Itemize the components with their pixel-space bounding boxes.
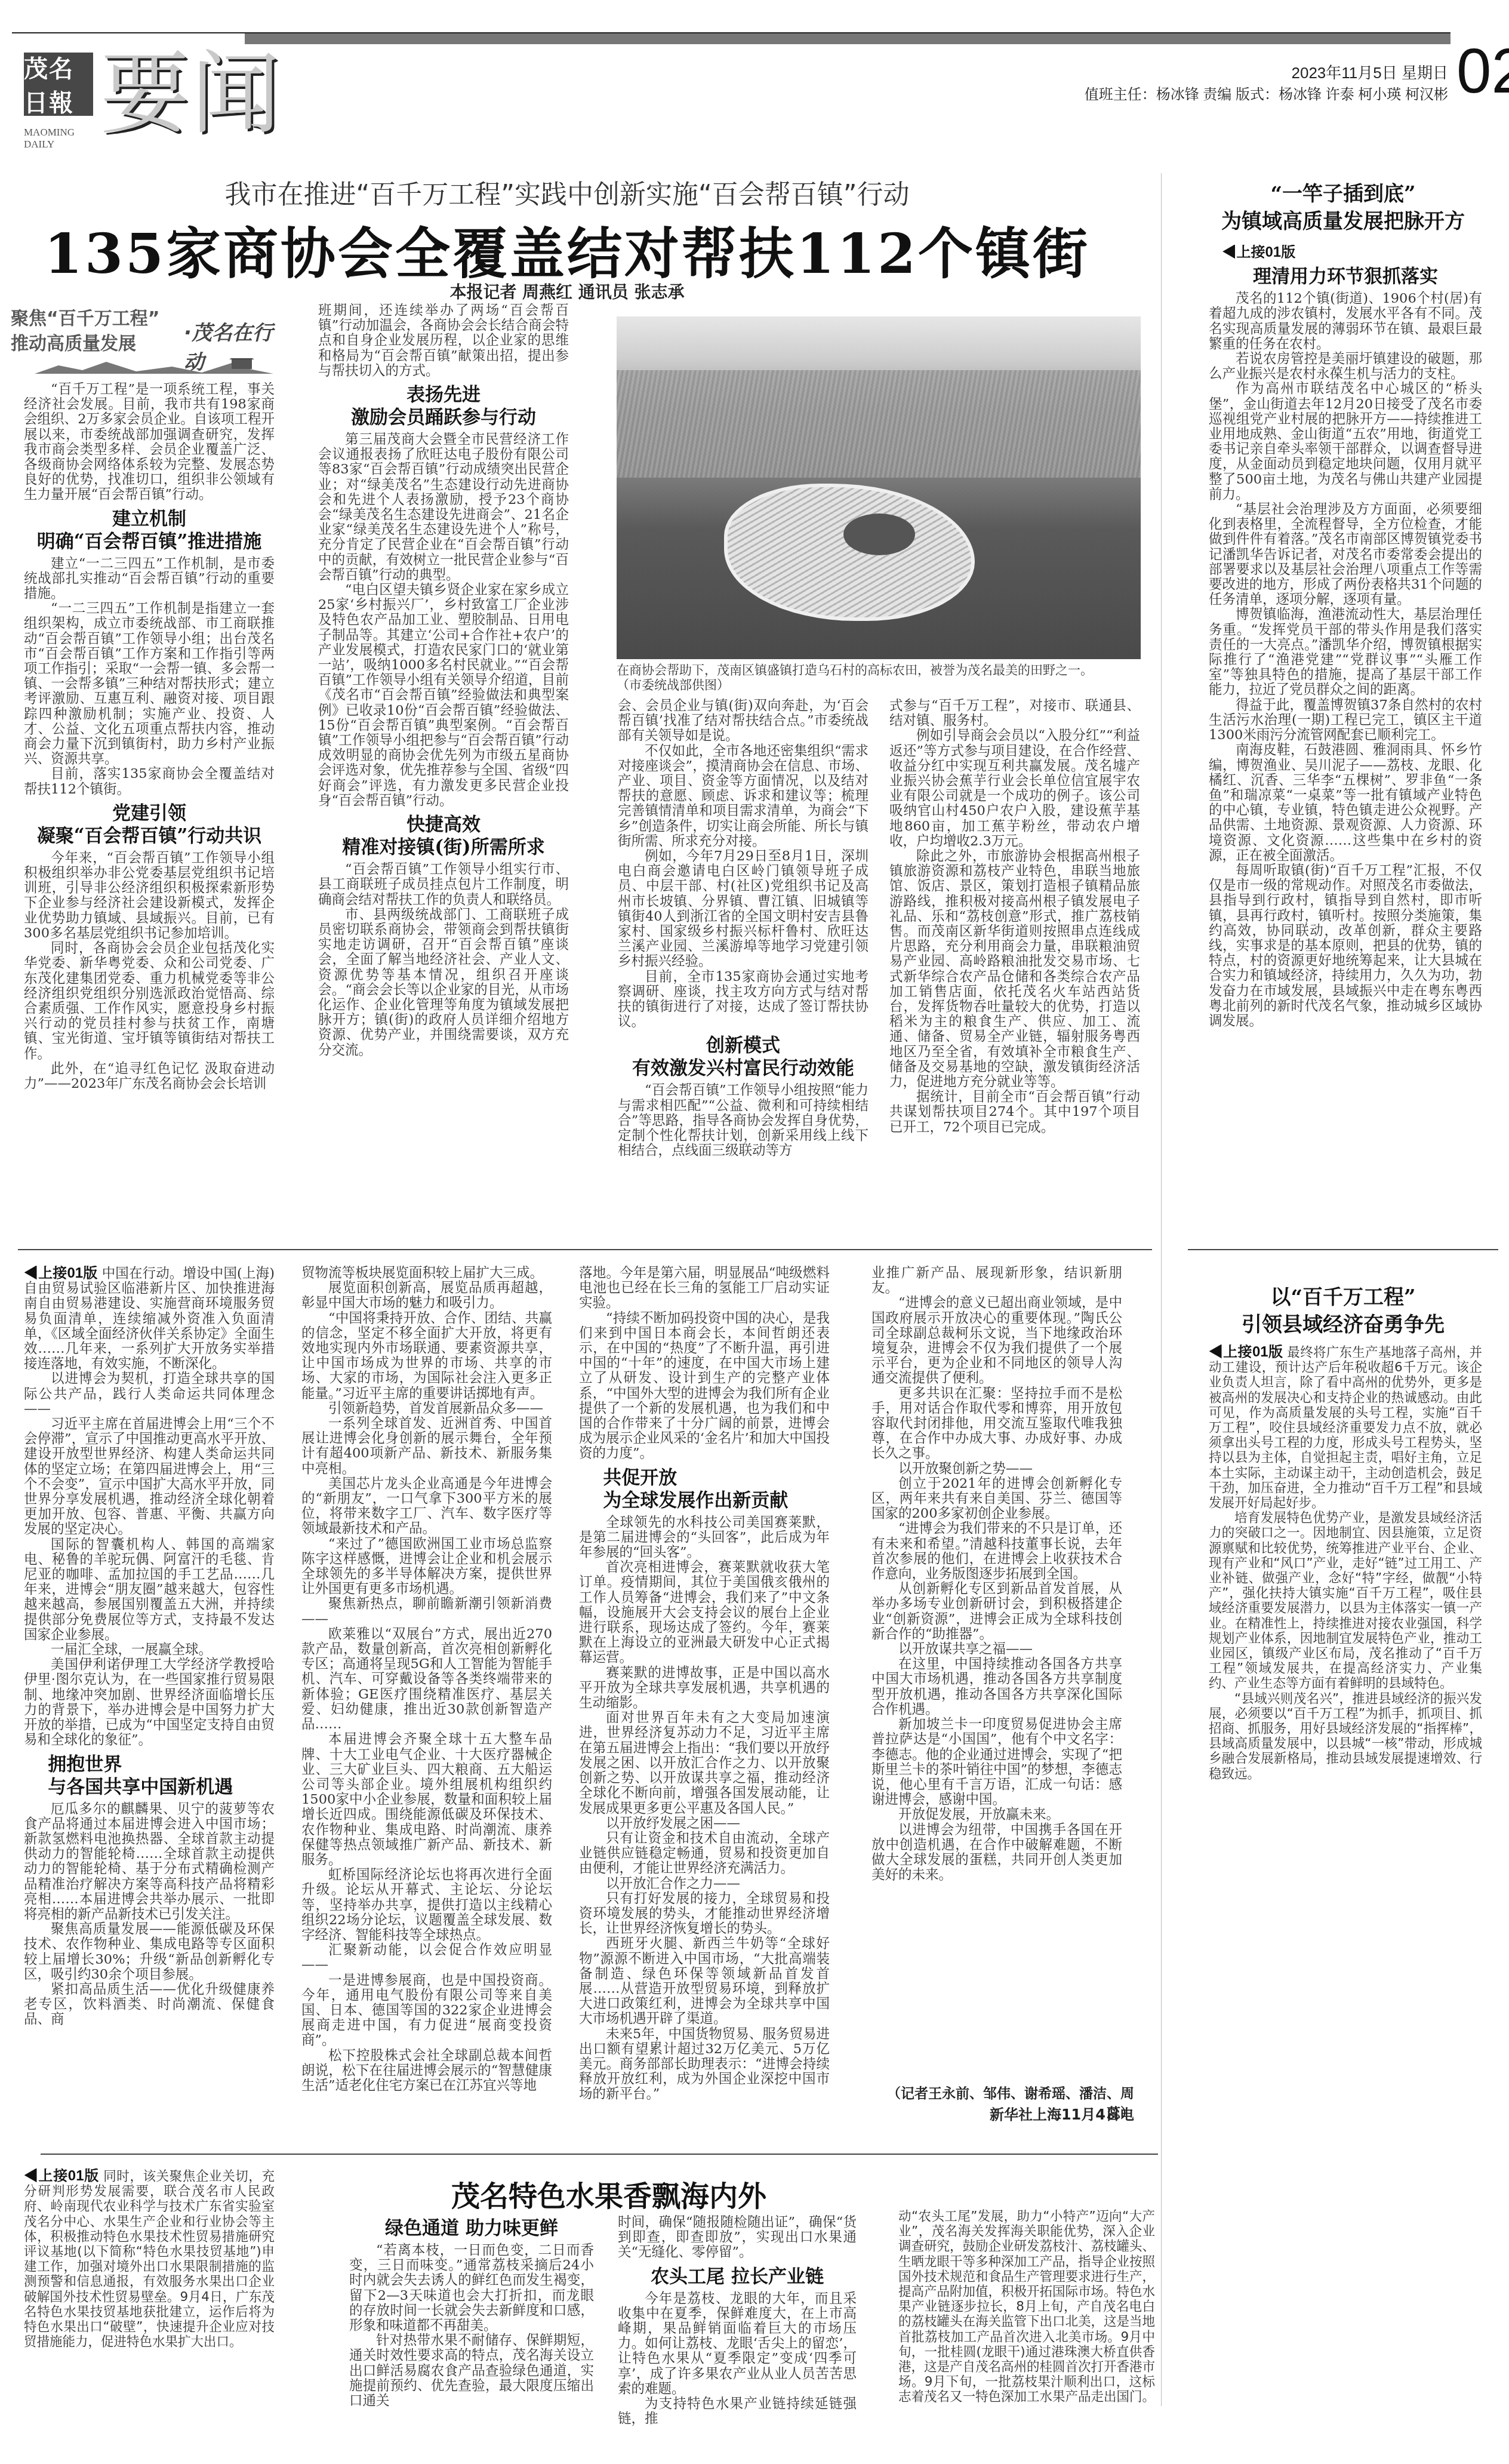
section-divider [41,2154,1158,2155]
paragraph: 业推广新产品、展现新形象，结识新朋友。 [871,1266,1122,1296]
paragraph: 式参与“百千万工程”，对接市、联通县、结对镇、服务村。 [889,699,1140,728]
xinhua-column-1: ◀上接01版 中国在行动。增设中国(上海)自由贸易试验区临港新片区、加快推进海南… [24,1266,275,2102]
title-line: 引领县域经济奋勇争先 [1188,1311,1498,1339]
photo-farm-field [724,484,975,621]
paragraph: 茂名的112个镇(街道)、1906个村(居)有着超九成的涉农镇村，发展水平各有不… [1209,291,1482,352]
masthead-bar [245,33,1451,44]
paragraph: 聚焦高质量发展——能源低碳及环保技术、农作物种业、集成电路等专区面积较上届增长3… [24,1922,275,1982]
paragraph: “县域兴则茂名兴”，推进县域经济的振兴发展，必须要以“百千万工程”为抓手，抓项目… [1209,1691,1482,1782]
paragraph: 松下控股株式会社全球副总裁本间哲朗说，松下在往届进博会展示的“智慧健康生活”适老… [301,2048,552,2094]
xinhua-column-2: 贸物流等板块展览面积较上届扩大三成。 展览面积创新高，展览品质再超越，彰显中国大… [301,1266,552,2102]
paragraph: “百会帮百镇”工作领导小组按照“能力与需求相匹配”“公益、微利和可持续相结合”等… [618,1083,869,1158]
paragraph: 一系列全球首发、近洲首秀、中国首展让进博会化身创新的展示舞台，全年预计有超400… [301,1416,552,1476]
paragraph: 第三届茂商大会暨全市民营经济工作会议通报表扬了欣旺达电子股份有限公司等83家“百… [318,432,569,583]
paragraph: 国际的智囊机构人、韩国的高端家电、秘鲁的羊驼玩偶、阿富汗的毛毯、肯尼亚的咖啡、孟… [24,1537,275,1642]
paragraph: 目前，全市135家商协会通过实地考察调研、座谈，找主攻方向方式与结对帮扶的镇街进… [618,970,869,1030]
paragraph: 时间，确保“随报随检随出证”，确保“货到即查，即查即放”，实现出口水果通关“无缝… [618,2215,857,2260]
paragraph: 不仅如此，全市各地还密集组织“需求对接座谈会”，摸清商协会在信息、市场、产业、项… [618,744,869,849]
paragraph: 展览面积创新高，展览品质再超越，彰显中国大市场的魅力和吸引力。 [301,1281,552,1311]
paragraph: 美国芯片龙头企业高通是今年进博会的“新朋友”，一口气拿下300平方米的展位，将带… [301,1476,552,1537]
paragraph: “进博会为我们带来的不只是订单，还有未来和希望。”清越科技董事长说，去年首次参展… [871,1521,1122,1582]
paragraph: 习近平主席在首届进博会上用“三个不会停滞”，宣示了中国推动更高水平开放、建设开放… [24,1417,275,1537]
lead-column-4: 式参与“百千万工程”，对接市、联通县、结对镇、服务村。 例如引导商会会员以“入股… [889,699,1140,1236]
promo-line-1: 聚焦“百千万工程” [11,303,159,330]
lead-column-2: 班期间，还连续举办了两场“百会帮百镇”行动加温会，各商协会会长结合商会特点和自身… [318,303,569,1236]
subhead: 拥抱世界与各国共享中国新机遇 [24,1753,275,1798]
paragraph: 南海皮鞋，石鼓港圆、雅洞雨具、怀乡竹编，博贺渔业、吴川泥子——荔枝、龙眼、化橘红… [1209,743,1482,863]
jump-marker: ◀上接01版 [1222,245,1296,260]
subhead: 理清用力环节狠抓落实 [1209,265,1482,288]
subhead-line: 精准对接镇(街)所需所求 [318,836,569,859]
aerial-farmland-photo [617,316,1141,659]
paragraph: 以开放汇合作之力—— [579,1877,830,1891]
paragraph: 紧扣高品质生活——优化升级健康养老专区，饮料酒类、时尚潮流、保健食品、商 [24,1982,275,2028]
paragraph: 得益于此，覆盖博贺镇37条自然村的农村生活污水治理(一期)工程已完工，镇区主干道… [1209,698,1482,743]
dateline: 新华社上海11月4日电 [871,2103,1134,2124]
title-line: 为镇域高质量发展把脉开方 [1188,208,1498,235]
paragraph: “电白区望夫镇乡贤企业家在家乡成立25家‘乡村振兴厂’，乡村致富工厂企业涉及特色… [318,583,569,808]
paragraph: 班期间，还连续举办了两场“百会帮百镇”行动加温会，各商协会会长结合商会特点和自身… [318,303,569,379]
paragraph: 作为高州市联结茂名中心城区的“桥头堡”，金山街道去年12月20日接受了茂名市委巡… [1209,382,1482,502]
paragraph: 每周听取镇(街)“百千万工程”汇报，不仅仅是市一级的常规动作。对照茂名市委做法，… [1209,863,1482,1029]
xinhua-column-4: 业推广新产品、展现新形象，结识新朋友。 “进博会的意义已超出商业领域，是中国政府… [871,1266,1122,2036]
lead-kicker: 我市在推进“百千万工程”实践中创新实施“百会帮百镇”行动 [0,173,1134,211]
paragraph: 建立“一二三四五”工作机制，是市委统战部扎实推动“百会帮百镇”行动的重要措施。 [24,556,275,602]
newspaper-logo-english: MAOMING DAILY [24,127,96,150]
section-divider [18,1249,1152,1250]
paragraph: ◀上接01版 中国在行动。增设中国(上海)自由贸易试验区临港新片区、加快推进海南… [24,1266,275,1371]
promo-line-2: 推动高质量发展 [11,328,136,355]
paragraph: 开放促发展，开放赢未来。 [871,1807,1122,1822]
paragraph: 以开放聚创新之势—— [871,1462,1122,1476]
paragraph: 除此之外，市旅游协会根据高州根子镇旅游资源和荔枝产业特色，串联当地旅馆、饭店、景… [889,849,1140,1090]
paragraph: 以进博会为契机，打造全球共享的国际公共产品，践行人类命运共同体理念—— [24,1371,275,1417]
photo-caption: 在商协会帮助下，茂南区镇盛镇打造乌石村的高标农田，被誉为茂名最美的田野之一。 （… [617,663,1141,693]
paragraph: “若离本枝，一日而色变，二日而香变，三日而味变。”通常荔枝采摘后24小时内就会失… [349,2243,594,2333]
xinhua-column-3: 落地。今年是第六届，明显展品“吨级燃料电池也已经在长三角的氢能工厂启动实证实验。… [579,1266,830,2102]
paragraph: 汇聚新动能，以会促合作效应明显—— [301,1943,552,1973]
lead-column-3: 会、会员企业与镇(街)双向奔赴，为‘百会帮百镇’找准了结对帮扶结合点。”市委统战… [618,699,869,1236]
jump-marker: ◀上接01版 [24,1266,97,1281]
landscape-hills-icon [35,358,273,375]
newspaper-logo: 茂名日報 [24,53,93,116]
paragraph: 一届汇全球，一展赢全球。 [24,1642,275,1657]
paragraph: 欧莱雅以“双展台”方式，展出近270款产品，数量创新高，首次亮相创新孵化专区；高… [301,1627,552,1732]
photo-village-area [617,370,1141,478]
paragraph: 例如引导商会会员以“入股分红”“利益返还”等方式参与项目建设，在合作经营、收益分… [889,728,1140,849]
paragraph: “基层社会治理涉及方方面面，必须要细化到表格里，全流程督导，全方位检查，才能做到… [1209,502,1482,607]
issue-date: 2023年11月5日 星期日 [1291,61,1448,83]
paragraph: 此外，在“追寻红色记忆 汲取奋进动力”——2023年广东茂名商协会会长培训 [24,1062,275,1091]
paragraph: 今年是荔枝、龙眼的大年，而且采收集中在夏季，保鲜难度大，在上市高峰期，果品鲜销面… [618,2291,857,2397]
paragraph: 面对世界百年未有之大变局加速演进，世界经济复苏动力不足，习近平主席在第五届进博会… [579,1711,830,1816]
paragraph: 首次亮相进博会，赛莱默就收获大笔订单。疫情期间，其位于美国俄亥俄州的工作人员筹备… [579,1560,830,1665]
paragraph: “持续不断加码投资中国的决心，是我们来到中国日本商会长，本间哲朗还表示，在中国的… [579,1311,830,1462]
jump-marker: ◀上接01版 [1209,1345,1283,1360]
lead-byline: 本报记者 周燕红 通讯员 张志承 [0,279,1134,303]
subhead: 农头工尾 拉长产业链 [618,2265,857,2288]
fruit-column-2: 绿色通道 助力味更鲜 “若离本枝，一日而色变，二日而香变，三日而味变。”通常荔枝… [349,2212,594,2463]
page-number: 02 [1456,36,1509,107]
photo-pond [843,513,915,555]
lead-column-1: “百千万工程”是一项系统工程，事关经济社会发展。目前，我市共有198家商会组织、… [24,382,275,1236]
paragraph: 只有让资金和技术自由流动，全球产业链供应链稳定畅通，贸易和投资更加自由便利，才能… [579,1831,830,1877]
fruit-headline: 茂名特色水果香飘海内外 [346,2173,871,2214]
paragraph: “百千万工程”是一项系统工程，事关经济社会发展。目前，我市共有198家商会组织、… [24,382,275,503]
paragraph: 培育发展特色优势产业，是激发县域经济活力的突破口之一。因地制宜、因县施策，立足资… [1209,1511,1482,1691]
lead-headline: 135家商协会全覆盖结对帮扶112个镇街 [0,210,1134,289]
subhead-line: 有效激发兴村富民行动效能 [618,1057,869,1079]
paragraph: 据统计，目前全市“百会帮百镇”行动共谋划帮扶项目274个。其中197个项目已开工… [889,1090,1140,1135]
fruit-column-4: 动“农头工尾”发展，助力“小特产”迈向“大产业”，茂名海关发挥海关职能优势，深入… [898,2209,1155,2463]
subhead-line: 建立机制 [24,507,275,530]
paragraph: 市、县两级统战部门、工商联班子成员密切联系商协会，带领商会到帮扶镇街实地走访调研… [318,908,569,1058]
subhead-line: 共促开放 [603,1466,830,1489]
paragraph-text: 中国在行动。增设中国(上海)自由贸易试验区临港新片区、加快推进海南自由贸易港建设… [24,1266,275,1371]
paragraph: 新加坡兰卡一印度贸易促进协会主席普拉萨达是“小国国”，他有个中文名字：李德志。他… [871,1717,1122,1807]
paragraph-text: 同时，该关聚焦企业关切，充分研判形势发展需要，联合茂名市人民政府、岭南现代农业科… [24,2169,275,2349]
fruit-column-1: ◀上接01版 同时，该关聚焦企业关切，充分研判形势发展需要，联合茂名市人民政府、… [24,2168,275,2461]
side-story-1-body: ◀上接01版 理清用力环节狠抓落实 茂名的112个镇(街道)、1906个村(居)… [1209,245,1482,1242]
paragraph: 聚焦新热点，聊前瞻新潮引领新消费—— [301,1596,552,1626]
side-story-1-title: “一竿子插到底” 为镇域高质量发展把脉开方 [1188,180,1498,235]
subhead-line: 快捷高效 [318,813,569,836]
paragraph: “百会帮百镇”工作领导小组实行市、县工商联班子成员挂点包片工作制度，明确商会结对… [318,862,569,908]
paragraph-text: 最终将广东生产基地落子高州，并动工建设，预计达产后年税收超6千万元。该企业负责人… [1209,1345,1482,1511]
paragraph: ◀上接01版 最终将广东生产基地落子高州，并动工建设，预计达产后年税收超6千万元… [1209,1345,1482,1511]
paragraph: 从创新孵化专区到新品首发首展，从举办多场专业创新研讨会，到积极搭建企业“创新资源… [871,1582,1122,1642]
paragraph: 例如，今年7月29日至8月1日，深圳电白商会邀请电白区岭门镇领导班子成员、中层干… [618,849,869,970]
jump-marker-wrap: ◀上接01版 [1209,245,1482,260]
side-story-2-body: ◀上接01版 最终将广东生产基地落子高州，并动工建设，预计达产后年税收超6千万元… [1209,1345,1482,2395]
paragraph: “进博会的意义已超出商业领域，是中国政府展示开放决心的重要体现。”陶氏公司全球副… [871,1296,1122,1386]
paragraph: 以进博会为纽带，中国携手各国在开放中创造机遇，在合作中破解难题，不断做大全球发展… [871,1823,1122,1883]
subhead-line: 表扬先进 [318,383,569,406]
paragraph: 同时，各商协会会员企业包括茂化实华党委、新华粤党委、众和公司党委、广东茂化建集团… [24,941,275,1062]
column-divider [1161,173,1162,2406]
paragraph: 引领新趋势，首发首展新品众多—— [301,1401,552,1416]
editor-credits: 值班主任：杨冰锋 责编 版式：杨冰锋 许泰 柯小瑛 柯汉彬 [1085,82,1448,103]
subhead-line: 明确“百会帮百镇”推进措施 [24,530,275,553]
title-line: 以“百千万工程” [1188,1284,1498,1311]
paragraph: 本届进博会齐聚全球十五大整车品牌、十大工业电气企业、十大医疗器械企业、三大矿业巨… [301,1732,552,1868]
subhead: 表扬先进激励会员踊跃参与行动 [318,383,569,429]
subhead-line: 激励会员踊跃参与行动 [318,406,569,429]
paragraph: 美国伊利诺伊理工大学经济学教授哈伊里·图尔克认为，在一些国家推行贸易限制、地缘冲… [24,1657,275,1748]
paragraph: 贸物流等板块展览面积较上届扩大三成。 [301,1266,552,1281]
paragraph: 针对热带水果不耐储存、保鲜期短，通关时效性要求高的特点，茂名海关设立出口鲜活易腐… [349,2333,594,2408]
paragraph: 只有打好发展的接力，全球贸易和投资环境发展的势头，才能推动世界经济增长，让世界经… [579,1891,830,1937]
paragraph: 赛莱默的进博故事，正是中国以高水平开放为全球共享发展机遇，共享机遇的生动缩影。 [579,1666,830,1711]
paragraph: “一二三四五”工作机制是指建立一套组织架构，成立市委统战部、市工商联推动“百会帮… [24,601,275,767]
paragraph: 落地。今年是第六届，明显展品“吨级燃料电池也已经在长三角的氢能工厂启动实证实验。 [579,1266,830,1311]
paragraph: 动“农头工尾”发展，助力“小特产”迈向“大产业”，茂名海关发挥海关职能优势，深入… [898,2209,1155,2405]
section-title: 要闻 [100,47,282,142]
paragraph: 厄瓜多尔的麒麟果、贝宁的菠萝等农食产品将通过本届进博会进入中国市场；新款氢燃料电… [24,1802,275,1922]
paragraph: ◀上接01版 同时，该关聚焦企业关切，充分研判形势发展需要，联合茂名市人民政府、… [24,2168,275,2349]
subhead: 建立机制明确“百会帮百镇”推进措施 [24,507,275,553]
subhead: 共促开放为全球发展作出新贡献 [579,1466,830,1512]
paragraph: 在这里，中国持续推动各国各方共享中国大市场机遇，推动各国各方共享制度型开放机遇，… [871,1657,1122,1717]
subhead: 绿色通道 助力味更鲜 [349,2217,594,2240]
section-divider [1188,1249,1498,1250]
paragraph: 全球领先的水科技公司美国赛莱默，是第二届进博会的“头回客”，此后成为年年参展的“… [579,1515,830,1561]
subhead-line: 党建引领 [24,802,275,825]
side-story-2-title: 以“百千万工程” 引领县域经济奋勇争先 [1188,1284,1498,1339]
paragraph: 创立于2021年的进博会创新孵化专区，两年来共有来自美国、芬兰、德国等国家的20… [871,1476,1122,1522]
paragraph: 以开放谋共享之福—— [871,1642,1122,1657]
paragraph: 未来5年，中国货物贸易、服务贸易进出口额有望累计超过32万亿美元、5万亿美元。商… [579,2027,830,2102]
paragraph: 虹桥国际经济论坛也将再次进行全面升级。论坛从开幕式、主论坛、分论坛等，坚持举办共… [301,1868,552,1943]
paragraph: 若说农房管控是美丽圩镇建设的破题，那么产业振兴是农村永葆生机与活力的支柱。 [1209,352,1482,382]
paragraph: 为支持特色水果产业链持续延链强链，推 [618,2397,857,2426]
paragraph: 目前，落实135家商协会全覆盖结对帮扶112个镇街。 [24,767,275,796]
title-line: “一竿子插到底” [1188,180,1498,208]
subhead: 创新模式有效激发兴村富民行动效能 [618,1034,869,1079]
paragraph: 一是进博参展商，也是中国投资商。今年，通用电气股份有限公司等来自美国、日本、德国… [301,1973,552,2048]
series-promo-banner: 聚焦“百千万工程” 推动高质量发展 ·茂名在行动 [11,303,277,375]
subhead-line: 与各国共享中国新机遇 [48,1776,275,1798]
paragraph: 以开放纾发展之困—— [579,1816,830,1831]
paragraph: “来过了”德国欧洲国工业市场总监察陈字这样感慨，进博会让企业和机会展示全球领先的… [301,1537,552,1597]
paragraph: 今年来，“百会帮百镇”工作领导小组积极组织举办非公党委基层党组织书记培训班，引导… [24,851,275,941]
paragraph: 西班牙火腿、新西兰牛奶等“全球好物”源源不断进入中国市场，“大批高端装备制造、绿… [579,1936,830,2026]
subhead-line: 为全球发展作出新贡献 [603,1489,830,1512]
subhead: 快捷高效精准对接镇(街)所需所求 [318,813,569,859]
subhead-line: 凝聚“百会帮百镇”行动共识 [24,825,275,847]
paragraph: 博贺镇临海，渔港流动性大，基层治理任务重。“发挥党员干部的带头作用是我们落实责任… [1209,607,1482,697]
paragraph: 会、会员企业与镇(街)双向奔赴，为‘百会帮百镇’找准了结对帮扶结合点。”市委统战… [618,699,869,744]
subhead-line: 创新模式 [618,1034,869,1057]
subhead-line: 拥抱世界 [48,1753,275,1776]
jump-marker: ◀上接01版 [24,2168,99,2184]
paragraph: “中国将秉持开放、合作、团结、共赢的信念，坚定不移全面扩大开放，将更有效地实现内… [301,1311,552,1401]
paragraph: 更多共识在汇聚：坚持拉手而不是松手，用对话合作取代零和博弈，用开放包容取代封闭排… [871,1386,1122,1462]
subhead: 党建引领凝聚“百会帮百镇”行动共识 [24,802,275,847]
fruit-column-3: 时间，确保“随报随检随出证”，确保“货到即查，即查即放”，实现出口水果通关“无缝… [618,2215,857,2463]
